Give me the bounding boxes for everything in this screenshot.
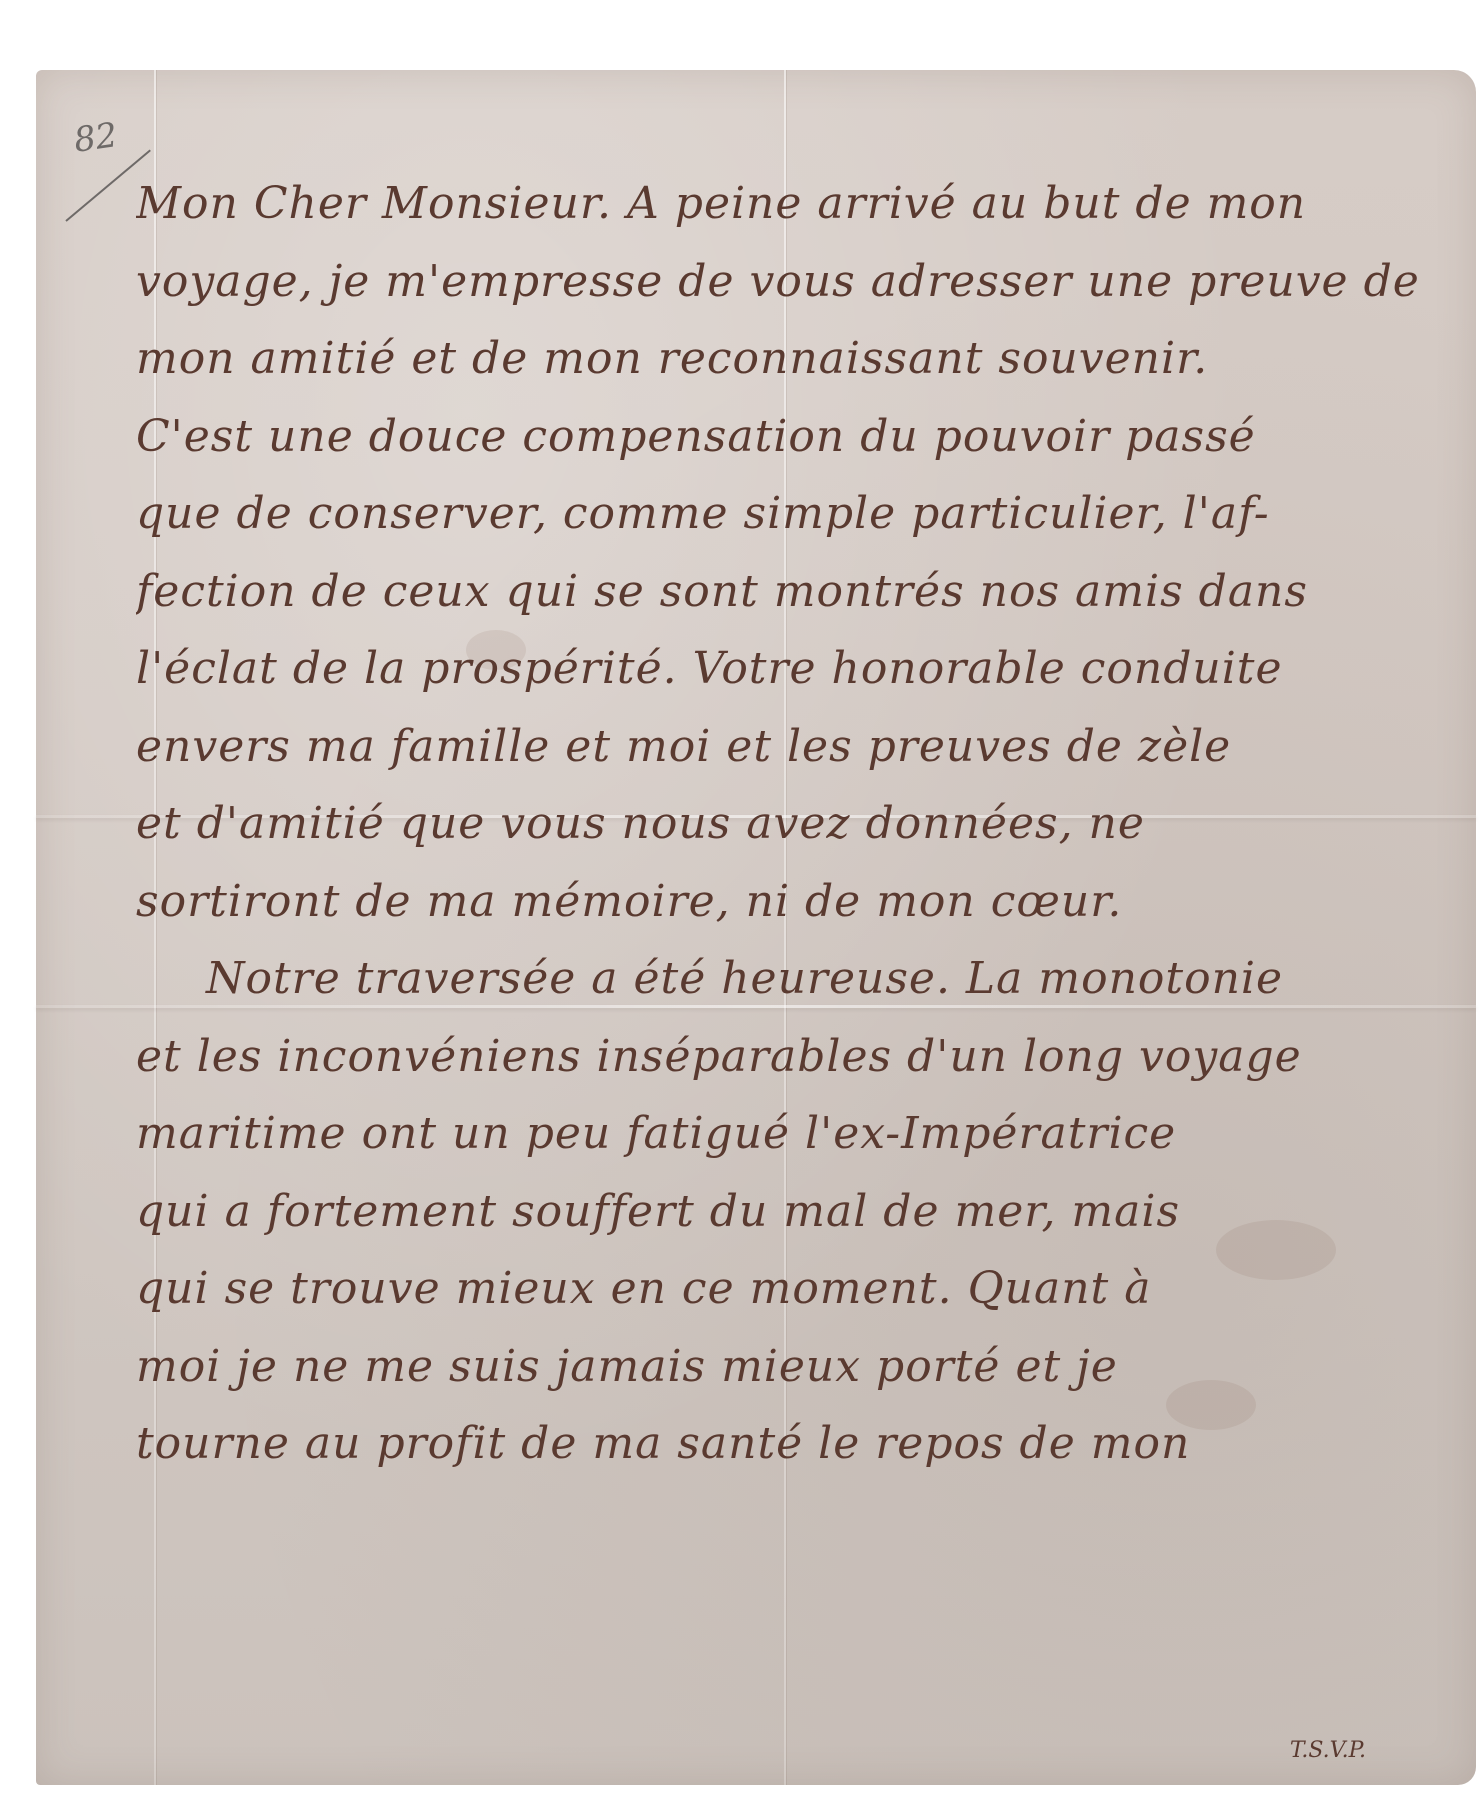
page-number: 82 [71, 115, 119, 161]
letter-line: l'éclat de la prospérité. Votre honorabl… [136, 630, 1446, 708]
letter-line: Mon Cher Monsieur. A peine arrivé au but… [136, 165, 1446, 243]
letter-line: envers ma famille et moi et les preuves … [136, 708, 1446, 786]
letter-line: fection de ceux qui se sont montrés nos … [136, 553, 1446, 631]
turn-over-initials: T.S.V.P. [1290, 1738, 1366, 1763]
letter-line: tourne au profit de ma santé le repos de… [136, 1405, 1446, 1483]
letter-line: que de conserver, comme simple particuli… [136, 475, 1446, 553]
letter-line: C'est une douce compensation du pouvoir … [136, 398, 1446, 476]
letter-line: et les inconvéniens inséparables d'un lo… [136, 1018, 1446, 1096]
letter-line: qui a fortement souffert du mal de mer, … [136, 1173, 1446, 1251]
letter-line: mon amitié et de mon reconnaissant souve… [136, 320, 1446, 398]
letter-line: et d'amitié que vous nous avez données, … [136, 785, 1446, 863]
letter-line: voyage, je m'empresse de vous adresser u… [136, 243, 1446, 321]
letter-line: moi je ne me suis jamais mieux porté et … [136, 1328, 1446, 1406]
letter-body: Mon Cher Monsieur. A peine arrivé au but… [136, 165, 1446, 1483]
letter-line: maritime ont un peu fatigué l'ex-Impérat… [136, 1095, 1446, 1173]
letter-line: qui se trouve mieux en ce moment. Quant … [136, 1250, 1446, 1328]
letter-line: sortiront de ma mémoire, ni de mon cœur. [136, 863, 1446, 941]
letter-paper: 82 Mon Cher Monsieur. A peine arrivé au … [36, 70, 1476, 1785]
letter-line-paragraph-start: Notre traversée a été heureuse. La monot… [136, 940, 1446, 1018]
